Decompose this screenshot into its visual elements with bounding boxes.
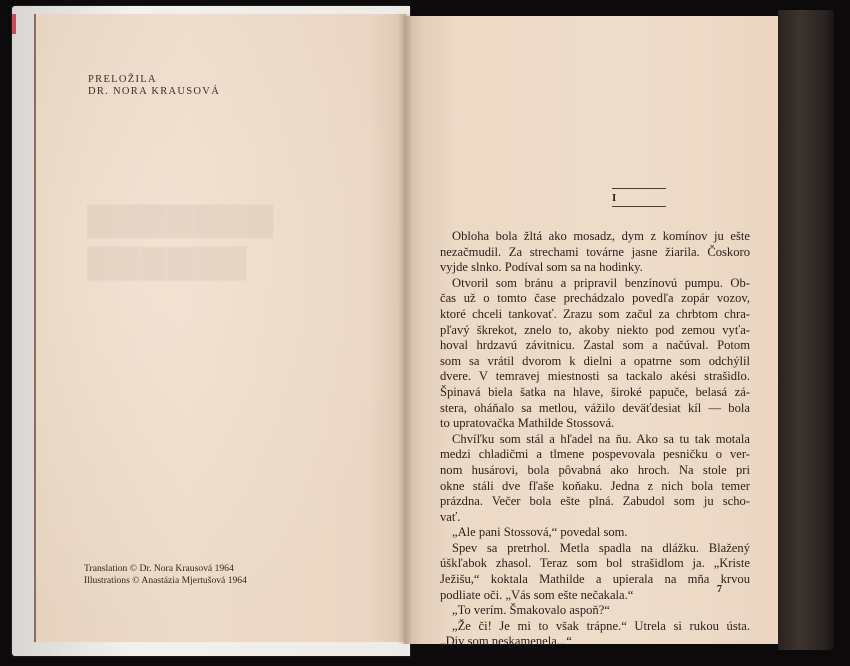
- chapter-heading: I: [612, 188, 666, 206]
- left-page: [34, 14, 406, 642]
- translator-credit: PRELOŽILA DR. NORA KRAUSOVÁ: [88, 74, 220, 98]
- text-line: úškľabok zhasol. Teraz som bol strašidlo…: [440, 556, 750, 572]
- text-line: dvere. V temravej miestnosti sa tackalo …: [440, 369, 750, 385]
- book-spine-gutter: [398, 14, 412, 644]
- text-line: Ježišu,“ koktala Mathilde a upierala na …: [440, 572, 750, 588]
- text-line: „To verím. Šmakovalo aspoň?“: [440, 603, 750, 619]
- text-line: pľavý škrekot, znelo to, akoby niekto po…: [440, 323, 750, 339]
- text-line: vyjde slnko. Podíval som sa na hodinky.: [440, 260, 750, 276]
- copyright-notice: Translation © Dr. Nora Krausová 1964 Ill…: [84, 563, 247, 586]
- text-line: Obloha bola žltá ako mosadz, dym z komín…: [440, 229, 750, 245]
- translator-label: PRELOŽILA: [88, 74, 220, 86]
- page-number: 7: [717, 584, 722, 595]
- text-line: nom husárovi, bola pôvabná ako hroch. Na…: [440, 463, 750, 479]
- text-line: stera, oháňalo sa metlou, vážilo deväťde…: [440, 401, 750, 417]
- text-line: podliate oči. „Vás som ešte nečakala.“: [440, 588, 750, 604]
- text-line: to upratovačka Mathilde Stossová.: [440, 416, 750, 432]
- text-line: ktoré chceli tankovať. Zrazu som začul z…: [440, 307, 750, 323]
- text-line: Otvoril som bránu a pripravil benzínovú …: [440, 276, 750, 292]
- text-line: Špinavá biela šatka na hlave, široké pap…: [440, 385, 750, 401]
- text-line: „Ale pani Stossová,“ povedal som.: [440, 525, 750, 541]
- text-line: Chvíľku som stál a hľadel na ňu. Ako sa …: [440, 432, 750, 448]
- chapter-rule-bottom: [612, 206, 666, 207]
- illustrations-copyright: Illustrations © Anastázia Mjertušová 196…: [84, 575, 247, 587]
- text-line: medzi chladičmi a tlmene pospevovala pes…: [440, 447, 750, 463]
- translation-copyright: Translation © Dr. Nora Krausová 1964: [84, 563, 247, 575]
- text-line: „Div som neskamenela...“: [440, 634, 750, 650]
- chapter-body-text: Obloha bola žltá ako mosadz, dym z komín…: [440, 229, 750, 650]
- text-line: „Že či! Je mi to však trápne.“ Utrela si…: [440, 619, 750, 635]
- text-line: okne stáli dve fľaše koňaku. Jedna z nic…: [440, 479, 750, 495]
- text-line: prázdna. Večer bola ešte plná. Zabudol s…: [440, 494, 750, 510]
- text-line: som sa vrátil dvorom k dielni a opatrne …: [440, 354, 750, 370]
- chapter-number: I: [612, 192, 616, 204]
- translator-name: DR. NORA KRAUSOVÁ: [88, 86, 220, 98]
- text-line: nezačmudil. Za strechami továrne jasne ž…: [440, 245, 750, 261]
- text-line: čas už o tomto čase prechádzalo povedľa …: [440, 291, 750, 307]
- text-line: vať.: [440, 510, 750, 526]
- text-line: Spev sa pretrhol. Metla spadla na dlážku…: [440, 541, 750, 557]
- text-line: hoval hrdzavú závitnicu. Zastal som a na…: [440, 338, 750, 354]
- chapter-rule-top: [612, 188, 666, 189]
- book-cover-right-edge: [778, 10, 834, 650]
